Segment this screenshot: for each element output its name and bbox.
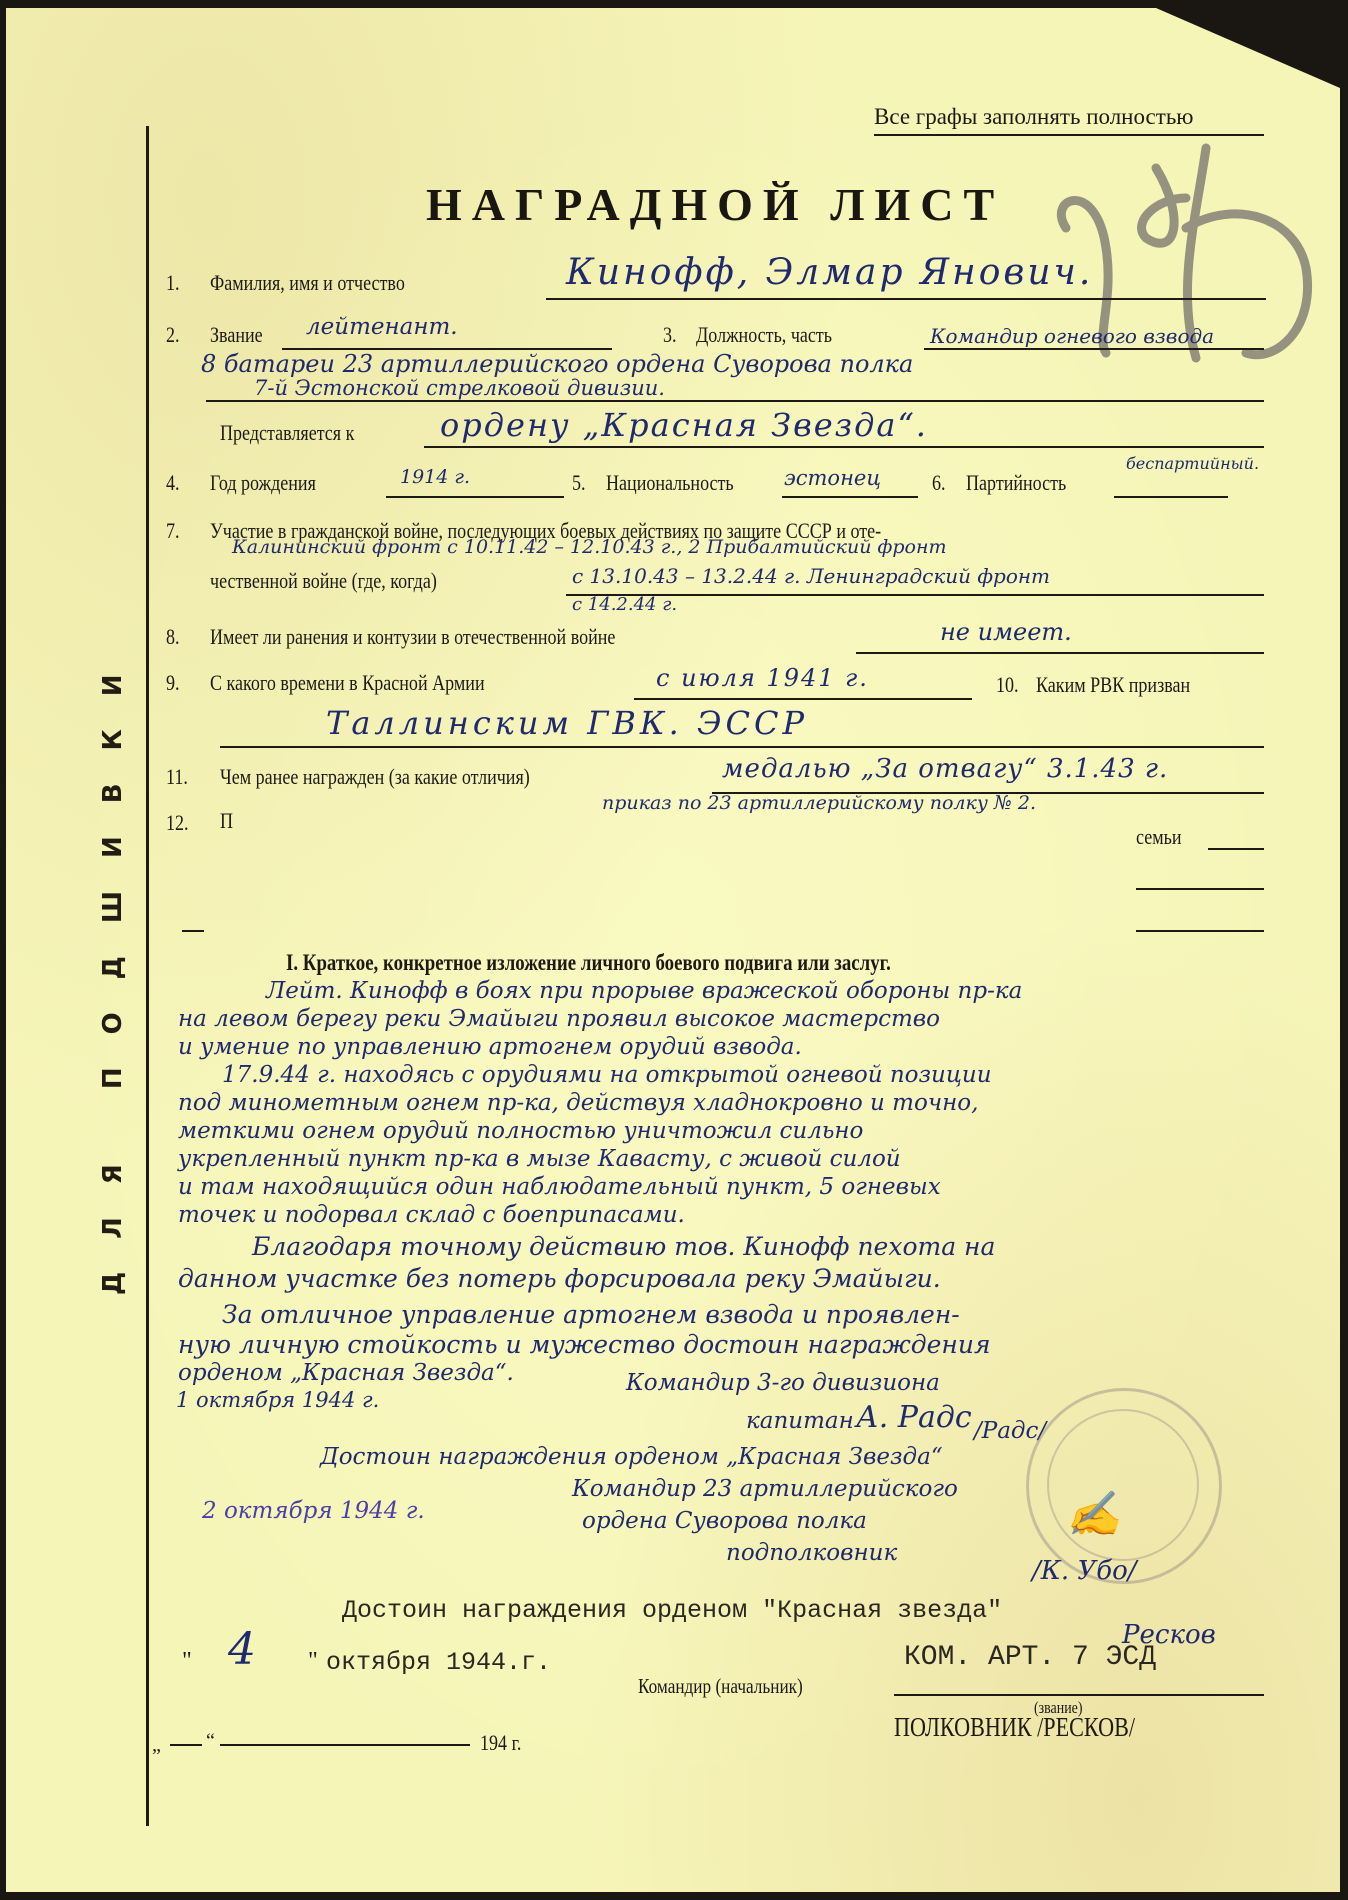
endorsement-3-day: 4 xyxy=(228,1624,256,1675)
left-tick-mark xyxy=(182,930,204,932)
narrative-line: под минометным огнем пр-ка, действуя хла… xyxy=(178,1090,978,1116)
endorsement-2-title-line-3: подполковник xyxy=(726,1540,897,1566)
page-title: НАГРАДНОЙ ЛИСТ xyxy=(426,178,1004,231)
field-5-label: Национальность xyxy=(606,470,734,496)
endorsement-3-rank-name: ПОЛКОВНИК /РЕСКОВ/ xyxy=(894,1712,1135,1743)
blank-date-month-rule xyxy=(220,1744,470,1746)
commander-1-signature: А. Радс xyxy=(856,1400,972,1435)
section-1-heading: I. Краткое, конкретное изложение личного… xyxy=(286,950,891,976)
field-2-label: Звание xyxy=(210,322,263,348)
field-4-rule xyxy=(386,496,564,498)
commander-1-title-line-2: капитан xyxy=(746,1408,854,1434)
blank-date-quote-open: „ xyxy=(152,1734,161,1757)
narrative-line: За отличное управление артогнем взвода и… xyxy=(222,1300,960,1329)
field-3-position-line-2: 8 батареи 23 артиллерийского ордена Суво… xyxy=(201,350,913,378)
field-3-position-line-1: Командир огневого взвода xyxy=(930,324,1214,348)
narrative-line: и умение по управлению артогнем орудий в… xyxy=(178,1034,802,1060)
narrative-line: укрепленный пункт пр-ка в мызе Кавасту, … xyxy=(178,1146,901,1172)
endorsement-3-date: октября 1944.г. xyxy=(326,1648,551,1677)
endorsement-2-text: Достоин награждения орденом „Красная Зве… xyxy=(320,1444,943,1470)
endorsement-3-commander-value: КОМ. АРТ. 7 ЭСД xyxy=(904,1642,1156,1673)
blank-date-year: 194 г. xyxy=(480,1730,521,1756)
blank-date-day-rule xyxy=(170,1744,202,1746)
narrative-line: Лейт. Кинофф в боях при прорыве вражеско… xyxy=(266,978,1022,1004)
field-4-birth-year: 1914 г. xyxy=(400,466,470,488)
field-4-number: 4. xyxy=(166,470,180,496)
binding-margin-rule xyxy=(146,126,149,1826)
field-6-label: Партийность xyxy=(966,470,1066,496)
field-11-label: Чем ранее награжден (за какие отличия) xyxy=(220,764,530,790)
regiment-seal-stamp xyxy=(1026,1388,1222,1584)
field-8-number: 8. xyxy=(166,624,180,650)
field-12-label-start: П xyxy=(220,808,233,834)
commander-1-title-line-1: Командир 3-го дивизиона xyxy=(626,1370,940,1396)
field-1-rule xyxy=(546,298,1266,300)
field-3-number: 3. xyxy=(663,322,677,348)
field-12-label-end: семьи xyxy=(1136,824,1182,850)
field-7-label-line-2: чественной войне (где, когда) xyxy=(210,568,437,594)
endorsement-3-text: Достоин награждения орденом "Красная зве… xyxy=(342,1596,1002,1625)
endorsement-3-commander-rule xyxy=(894,1694,1264,1696)
nominated-label: Представляется к xyxy=(220,420,354,446)
field-7-service-line-1: Калининский фронт с 10.11.42 – 12.10.43 … xyxy=(232,536,947,558)
binding-margin-label: ДЛЯ ПОДШИВКИ xyxy=(98,528,138,1408)
narrative-line: данном участке без потерь форсировала ре… xyxy=(178,1264,941,1293)
award-sheet-page: ДЛЯ ПОДШИВКИ Все графы заполнять полност… xyxy=(6,8,1340,1892)
endorsement-3-signature: Ресков xyxy=(1122,1620,1216,1650)
field-7-service-line-2: с 13.10.43 – 13.2.44 г. Ленинградский фр… xyxy=(572,564,1050,588)
field-10-rule xyxy=(220,746,1264,748)
endorsement-3-commander-label: Командир (начальник) xyxy=(638,1674,803,1699)
endorsement-3-quote-close: " xyxy=(308,1648,318,1675)
field-5-number: 5. xyxy=(572,470,586,496)
nominated-rule xyxy=(424,446,1264,448)
field-8-label: Имеет ли ранения и контузии в отечествен… xyxy=(210,624,615,650)
narrative-line: орденом „Красная Звезда“. xyxy=(178,1360,514,1386)
field-7-service-line-3: с 14.2.44 г. xyxy=(572,594,677,615)
field-12-rule-1 xyxy=(1208,848,1264,850)
field-8-wounds: не имеет. xyxy=(940,618,1072,646)
field-10-label: Каким РВК призван xyxy=(1036,672,1190,698)
endorsement-2-date: 2 октября 1944 г. xyxy=(202,1498,425,1524)
field-3-rule-2 xyxy=(206,400,1264,402)
field-9-army-since: с июля 1941 г. xyxy=(656,664,869,692)
field-2-number: 2. xyxy=(166,322,180,348)
field-5-rule xyxy=(782,496,918,498)
endorsement-2-title-line-2: ордена Суворова полка xyxy=(582,1508,867,1534)
field-6-party: беспартийный. xyxy=(1126,454,1259,473)
header-rule xyxy=(874,134,1264,136)
field-5-nationality: эстонец xyxy=(784,466,881,490)
field-11-previous-award-order: приказ по 23 артиллерийскому полку № 2. xyxy=(602,792,1036,814)
narrative-line: меткими огнем орудий полностью уничтожил… xyxy=(178,1118,863,1144)
field-7-number: 7. xyxy=(166,518,180,544)
endorsement-2-name: /К. Убо/ xyxy=(1032,1556,1136,1586)
narrative-line: Благодаря точному действию тов. Кинофф п… xyxy=(252,1232,995,1261)
field-1-label: Фамилия, имя и отчество xyxy=(210,270,405,296)
narrative-line: на левом берегу реки Эмайыги проявил выс… xyxy=(178,1006,940,1032)
field-11-previous-award: медалью „За отвагу“ 3.1.43 г. xyxy=(722,754,1168,784)
header-note: Все графы заполнять полностью xyxy=(874,104,1193,130)
narrative-line: ную личную стойкость и мужество достоин … xyxy=(178,1330,991,1359)
field-3-position-line-3: 7-й Эстонской стрелковой дивизии. xyxy=(254,376,665,400)
field-6-number: 6. xyxy=(932,470,946,496)
field-3-label: Должность, часть xyxy=(696,322,832,348)
field-11-number: 11. xyxy=(166,764,188,790)
field-8-rule xyxy=(856,652,1264,654)
narrative-line: и там находящийся один наблюдательный пу… xyxy=(178,1174,941,1200)
field-2-rank: лейтенант. xyxy=(306,314,458,340)
field-10-draft-office: Таллинским ГВК. ЭССР xyxy=(326,704,808,742)
field-9-rule xyxy=(634,698,972,700)
narrative-line: 17.9.44 г. находясь с орудиями на открыт… xyxy=(222,1062,992,1088)
endorsement-3-quote-open: " xyxy=(182,1648,192,1675)
endorsement-2-title-line-1: Командир 23 артиллерийского xyxy=(572,1476,958,1502)
field-12-rule-2 xyxy=(1136,888,1264,890)
field-4-label: Год рождения xyxy=(210,470,316,496)
field-10-number: 10. xyxy=(996,672,1019,698)
field-3-rule-1 xyxy=(924,348,1264,350)
field-12-number: 12. xyxy=(166,810,189,836)
field-12-rule-3 xyxy=(1136,930,1264,932)
field-1-number: 1. xyxy=(166,270,180,296)
nominated-award: ордену „Красная Звезда“. xyxy=(440,406,928,444)
field-9-number: 9. xyxy=(166,670,180,696)
field-9-label: С какого времени в Красной Армии xyxy=(210,670,485,696)
narrative-line: точек и подорвал склад с боеприпасами. xyxy=(178,1202,685,1228)
commander-1-name: /Радс/ xyxy=(974,1418,1046,1444)
field-1-full-name: Кинофф, Элмар Янович. xyxy=(566,252,1093,293)
blank-date-quote-close: “ xyxy=(206,1730,215,1753)
endorsement-2-signature: ✍ xyxy=(1066,1488,1121,1540)
commander-1-date: 1 октября 1944 г. xyxy=(176,1388,379,1412)
field-6-rule xyxy=(1114,496,1228,498)
